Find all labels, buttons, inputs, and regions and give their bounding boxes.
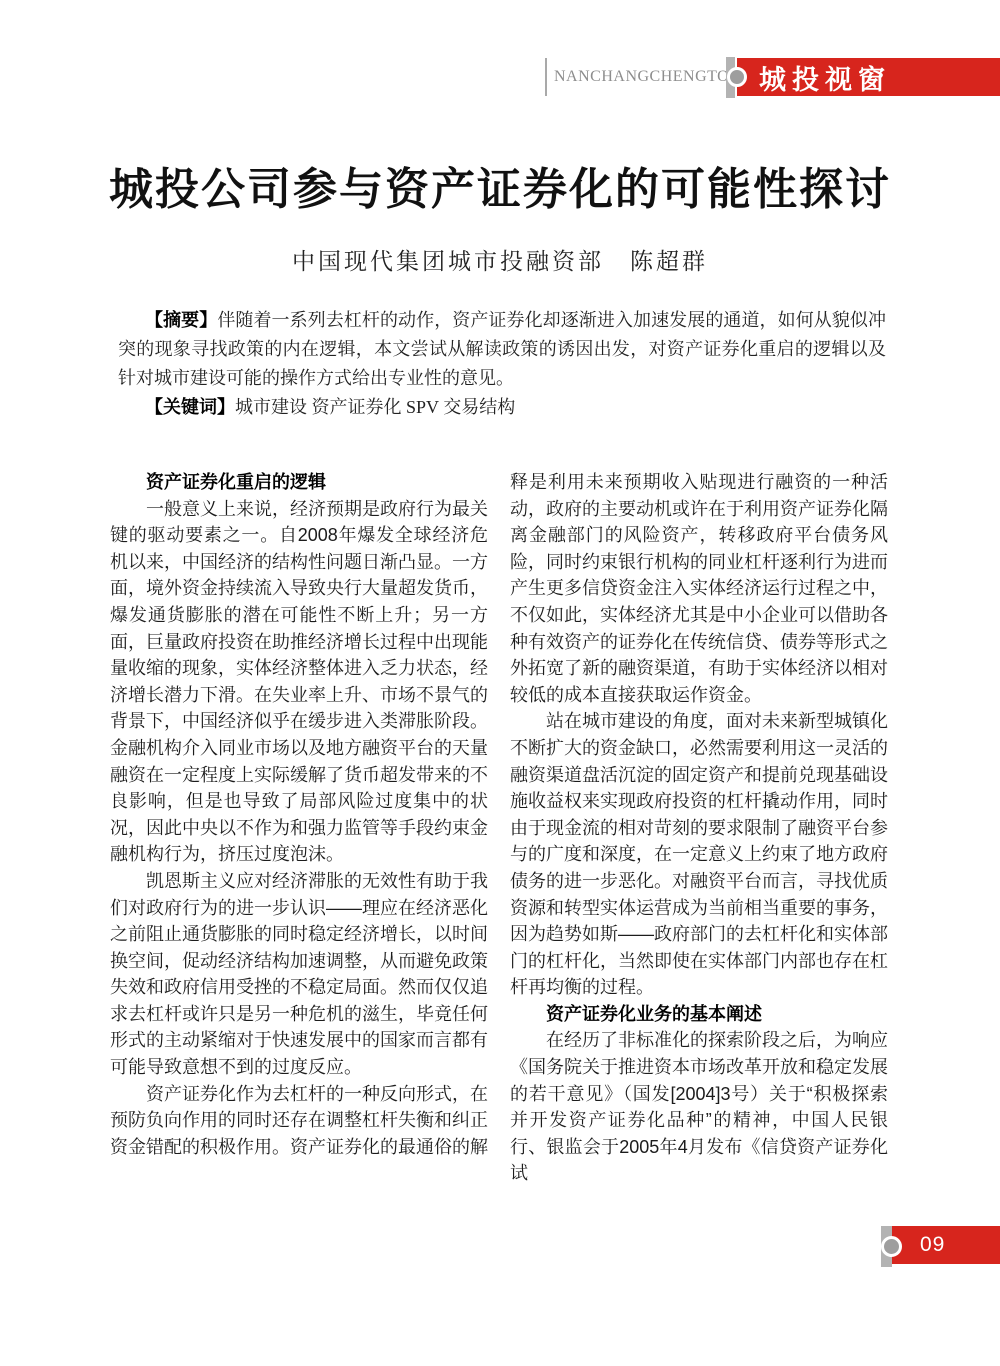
keywords-text: 城市建设 资产证券化 SPV 交易结构 xyxy=(235,397,515,417)
keywords-paragraph: 【关键词】城市建设 资产证券化 SPV 交易结构 xyxy=(118,393,886,422)
abstract-block: 【摘要】伴随着一系列去杠杆的动作，资产证券化却逐渐进入加速发展的通道，如何从貌似… xyxy=(118,306,886,422)
abstract-label: 【摘要】 xyxy=(145,310,217,330)
bullet-circle-icon xyxy=(727,67,747,87)
article-body: 资产证券化重启的逻辑 一般意义上来说，经济预期是政府行为最关键的驱动要素之一。自… xyxy=(110,469,888,1187)
section-heading: 资产证券化重启的逻辑 xyxy=(110,469,488,496)
journal-name: NANCHANGCHENGTOU xyxy=(554,58,729,96)
page-number: 09 xyxy=(920,1233,945,1257)
section-badge: 城投视窗 xyxy=(737,58,1000,96)
bullet-circle-icon xyxy=(881,1236,902,1257)
body-paragraph: 在经历了非标准化的探索阶段之后，为响应《国务院关于推进资本市场改革开放和稳定发展… xyxy=(510,1027,888,1187)
left-column: 资产证券化重启的逻辑 一般意义上来说，经济预期是政府行为最关键的驱动要素之一。自… xyxy=(110,469,488,1187)
keywords-label: 【关键词】 xyxy=(145,397,235,417)
magazine-page: NANCHANGCHENGTOU 城投视窗 城投公司参与资产证券化的可能性探讨 … xyxy=(0,0,1000,1366)
section-label: 城投视窗 xyxy=(759,58,891,97)
section-heading: 资产证券化业务的基本阐述 xyxy=(510,1001,888,1028)
body-paragraph-continued: 释是利用未来预期收入贴现进行融资的一种活动，政府的主要动机或许在于利用资产证券化… xyxy=(510,469,888,708)
article-title: 城投公司参与资产证券化的可能性探讨 xyxy=(0,162,1000,217)
page-number-badge: 09 xyxy=(892,1226,1000,1264)
abstract-paragraph: 【摘要】伴随着一系列去杠杆的动作，资产证券化却逐渐进入加速发展的通道，如何从貌似… xyxy=(118,306,886,393)
article-byline: 中国现代集团城市投融资部 陈超群 xyxy=(0,243,1000,276)
body-paragraph: 凯恩斯主义应对经济滞胀的无效性有助于我们对政府行为的进一步认识——理应在经济恶化… xyxy=(110,868,488,1081)
right-column: 释是利用未来预期收入贴现进行融资的一种活动，政府的主要动机或许在于利用资产证券化… xyxy=(510,469,888,1187)
body-paragraph: 资产证券化作为去杠杆的一种反向形式，在预防负向作用的同时还存在调整杠杆失衡和纠正… xyxy=(110,1081,488,1161)
body-paragraph: 站在城市建设的角度，面对未来新型城镇化不断扩大的资金缺口，必然需要利用这一灵活的… xyxy=(510,708,888,1001)
body-paragraph: 一般意义上来说，经济预期是政府行为最关键的驱动要素之一。自2008年爆发全球经济… xyxy=(110,496,488,868)
abstract-text: 伴随着一系列去杠杆的动作，资产证券化却逐渐进入加速发展的通道，如何从貌似冲突的现… xyxy=(118,310,886,388)
header-divider-line xyxy=(545,58,547,96)
